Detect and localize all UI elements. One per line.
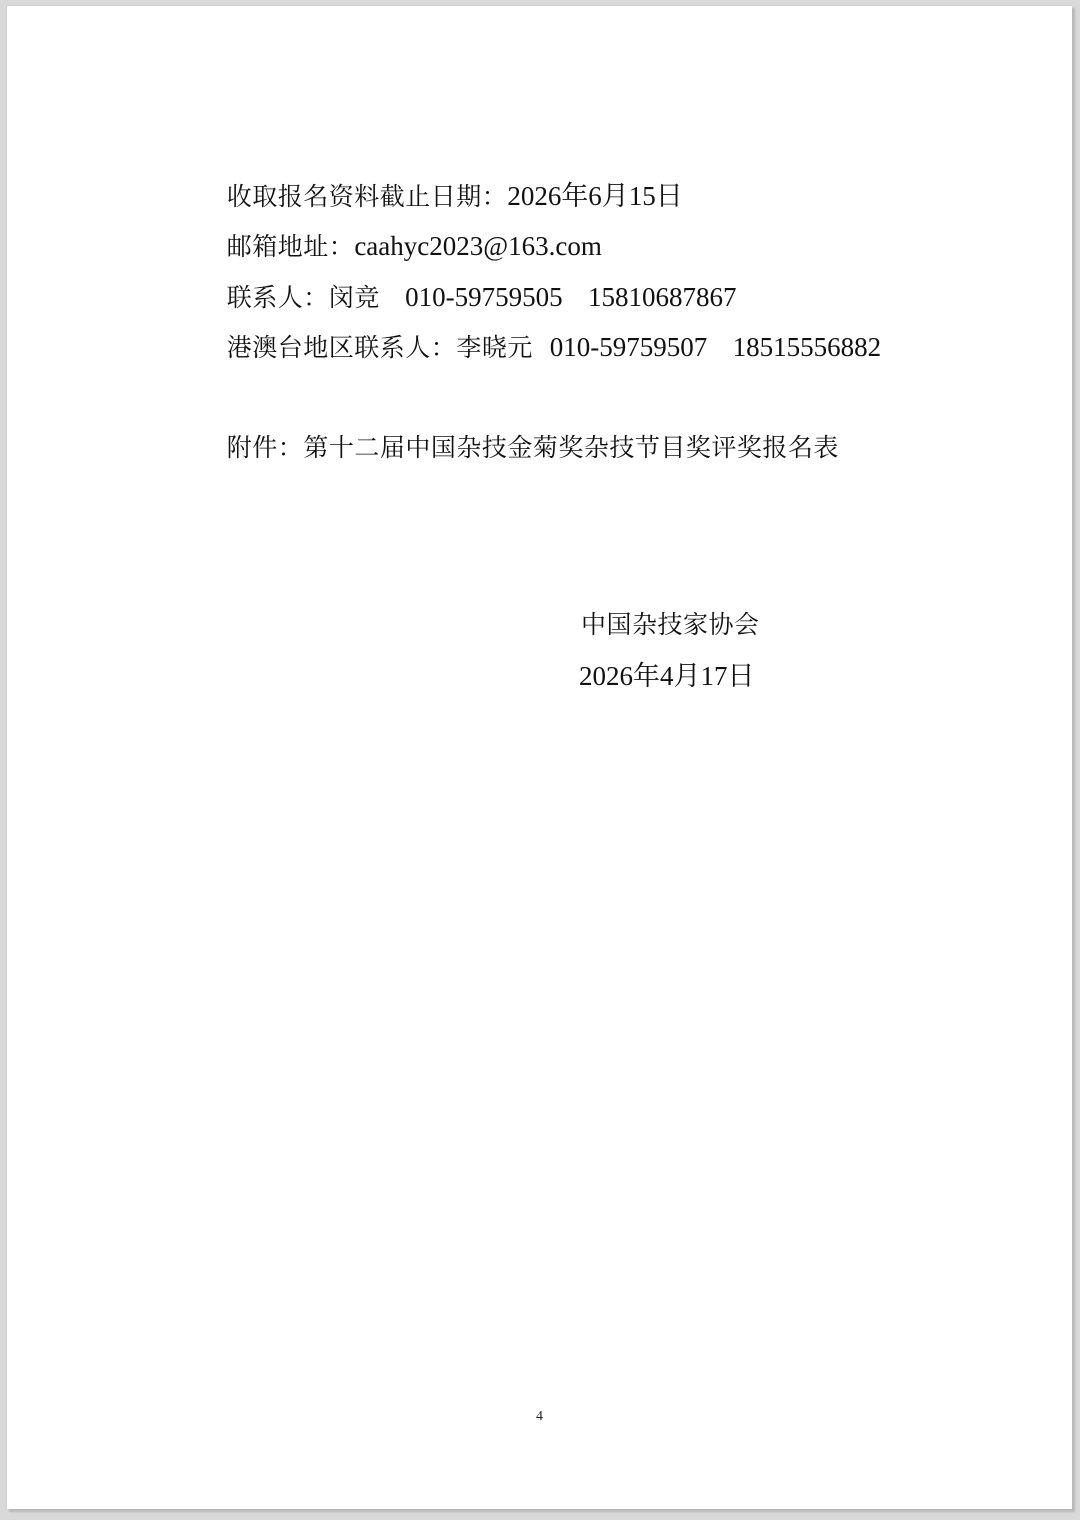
attachment-line: 附件：第十二届中国杂技金菊奖杂技节目奖评奖报名表 xyxy=(193,400,839,496)
page-number: 4 xyxy=(536,1409,543,1425)
signature-organization: 中国杂技家协会 xyxy=(581,609,760,641)
hmt-contact-line: 港澳台地区联系人：李晓元 010-59759507 18515556882 xyxy=(193,299,881,396)
attachment-title: 第十二届中国杂技金菊奖杂技节目奖评奖报名表 xyxy=(303,433,839,462)
hmt-contact-name: 李晓元 xyxy=(456,333,533,362)
hmt-contact-label: 港澳台地区联系人： xyxy=(227,333,457,362)
document-page: 收取报名资料截止日期：2026年6月15日 邮箱地址：caahyc2023@16… xyxy=(6,5,1072,1509)
attachment-label: 附件： xyxy=(227,433,304,462)
hmt-contact-phone: 010-59759507 xyxy=(550,332,708,362)
signature-date: 2026年4月17日 xyxy=(579,660,755,692)
hmt-contact-mobile: 18515556882 xyxy=(733,332,882,362)
